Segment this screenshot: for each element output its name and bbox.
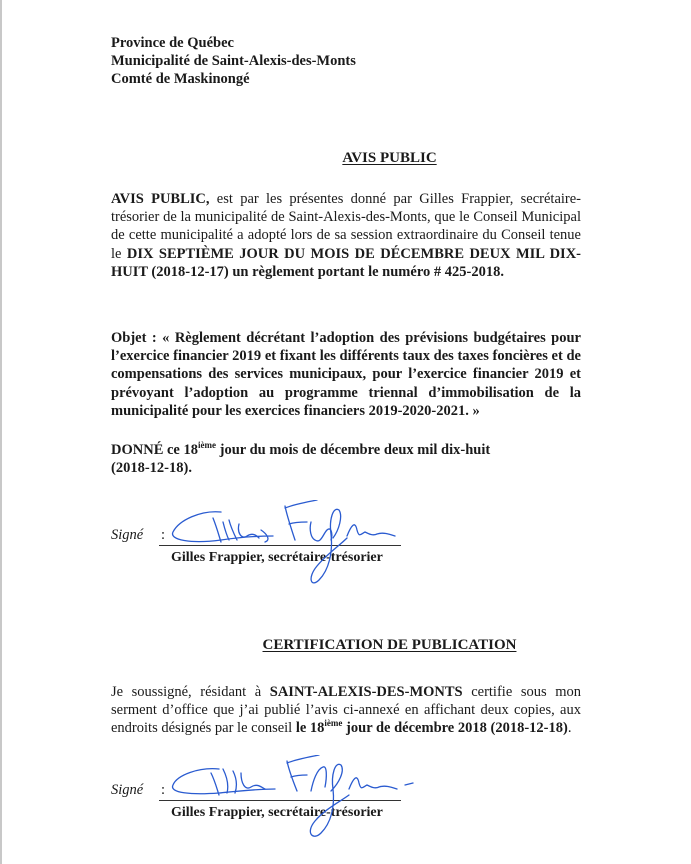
signed-label: Signé [111, 527, 143, 544]
objet-paragraph: Objet : « Règlement décrétant l’adoption… [111, 329, 581, 420]
letterhead: Province de Québec Municipalité de Saint… [111, 34, 356, 88]
signed-colon: : [161, 782, 165, 799]
certification-date: le 18ième jour de décembre 2018 (2018-12… [296, 720, 568, 736]
donne-paragraph: DONNÉ ce 18ième jour du mois de décembre… [111, 441, 581, 477]
letterhead-county: Comté de Maskinongé [111, 70, 356, 88]
signature-block-1: Signé : Gilles Frappier, secrétaire-trés… [111, 508, 411, 548]
signature-line [159, 800, 401, 801]
notice-date-bylaw: DIX SEPTIÈME JOUR DU MOIS DE DÉCEMBRE DE… [111, 246, 581, 280]
notice-lead: AVIS PUBLIC, [111, 191, 210, 207]
letterhead-municipality: Municipalité de Saint-Alexis-des-Monts [111, 52, 356, 70]
certification-title: CERTIFICATION DE PUBLICATION [44, 637, 691, 654]
notice-paragraph: AVIS PUBLIC, est par les présentes donné… [111, 190, 581, 281]
signed-colon: : [161, 527, 165, 544]
page-edge [0, 0, 2, 864]
signature-line [159, 545, 401, 546]
notice-title: AVIS PUBLIC [44, 150, 691, 167]
signer-name: Gilles Frappier, secrétaire-trésorier [171, 805, 383, 821]
signed-label: Signé [111, 782, 143, 799]
certification-paragraph: Je soussigné, résidant à SAINT-ALEXIS-DE… [111, 683, 581, 738]
signer-name: Gilles Frappier, secrétaire-trésorier [171, 550, 383, 566]
letterhead-province: Province de Québec [111, 34, 356, 52]
certification-place: SAINT-ALEXIS-DES-MONTS [270, 684, 463, 700]
signature-block-2: Signé : Gilles Frappier, secrétaire-trés… [111, 763, 411, 803]
